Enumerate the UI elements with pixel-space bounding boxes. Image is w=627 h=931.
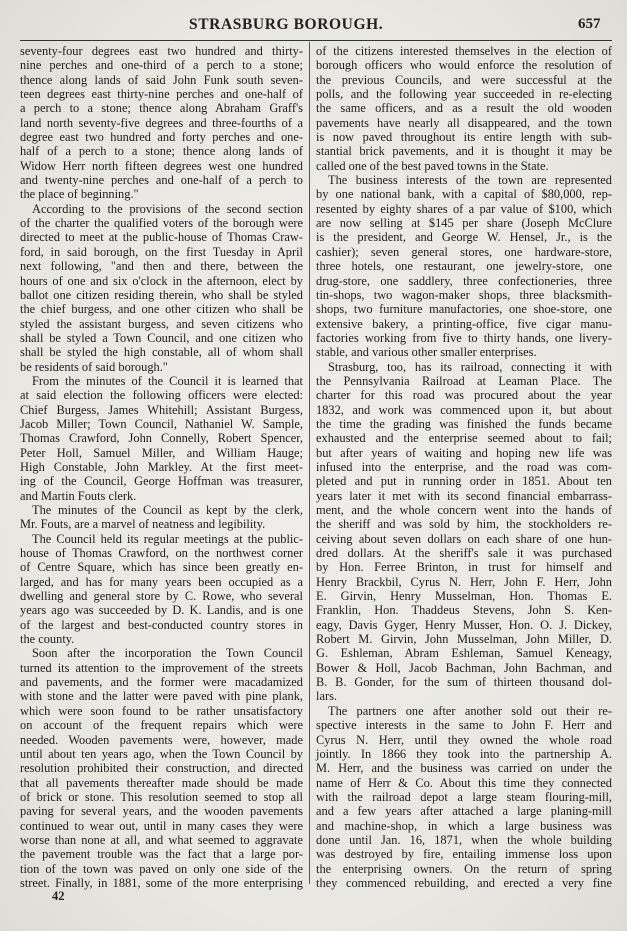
text-line: Strasburg, too, has its railroad, connec… [316, 360, 612, 374]
text-line: From the minutes of the Council it is le… [20, 374, 303, 388]
text-line: and a few years after attached a large p… [316, 804, 612, 818]
text-line: the enterprising owners. On the return o… [316, 862, 612, 876]
text-line: the same officers, and as a result the o… [316, 101, 612, 115]
text-line: and twenty-nine perches and one-half of … [20, 173, 303, 187]
text-line: but after years of waiting and hoping ne… [316, 446, 612, 460]
text-line: The partners one after another sold out … [316, 704, 612, 718]
text-line: stantial brick pavements, and it is thou… [316, 144, 612, 158]
running-title: STRASBURG BOROUGH. [189, 16, 383, 34]
text-line: jointly. In 1866 they took into the part… [316, 747, 612, 761]
text-line: of the citizens interested themselves in… [316, 44, 612, 58]
text-line: name of Herr & Co. About this time they … [316, 776, 612, 790]
text-line: E. Girvin, Henry Musselman, Hon. Thomas … [316, 589, 612, 603]
text-line: ing of the Council, George Hoffman was t… [20, 474, 303, 488]
text-line: resolution prohibited their construction… [20, 761, 303, 775]
text-line: half of a perch to a stone; thence along… [20, 144, 303, 158]
text-line: The business interests of the town are r… [316, 173, 612, 187]
text-line: called one of the best paved towns in th… [316, 159, 612, 173]
text-line: nine perches and one-third of a perch to… [20, 58, 303, 72]
text-line: turned its attention to the improvement … [20, 661, 303, 675]
text-line: High Constable, John Markley. At the fir… [20, 460, 303, 474]
text-line: degree east two hundred and forty perche… [20, 130, 303, 144]
running-head: STRASBURG BOROUGH. 657 [0, 16, 627, 36]
column-divider [309, 42, 310, 884]
text-line: of Centre Square, which has since been g… [20, 560, 303, 574]
text-line: until about ten years ago, when the Town… [20, 747, 303, 761]
text-line: According to the provisions of the secon… [20, 202, 303, 216]
text-line: spective interests in the same to John F… [316, 718, 612, 732]
text-line: at said election the following officers … [20, 388, 303, 402]
text-line: cashier); seven general stores, one hard… [316, 245, 612, 259]
text-line: G. Eshleman, Abram Eshleman, Samuel Kene… [316, 646, 612, 660]
text-line: years later it met with its second finan… [316, 489, 612, 503]
page-number: 657 [578, 16, 601, 33]
text-line: are now selling at $145 per share (Josep… [316, 216, 612, 230]
text-line: was destroyed by fire, entailing immense… [316, 847, 612, 861]
text-line: Jacob Miller; Town Council, Nathaniel W.… [20, 417, 303, 431]
text-line: Soon after the incorporation the Town Co… [20, 646, 303, 660]
text-line: of the largest and best-conducted countr… [20, 618, 303, 632]
text-line: directed to meet at the public-house of … [20, 230, 303, 244]
left-column: seventy-four degrees east two hundred an… [20, 44, 303, 890]
text-line: which were soon found to be rather unsat… [20, 704, 303, 718]
text-line: eagy, Davis Gyger, Henry Musser, Hon. O.… [316, 618, 612, 632]
text-line: M. Herr, and the business was carried on… [316, 761, 612, 775]
text-line: with stone and the latter were paved wit… [20, 689, 303, 703]
text-line: the time the grading was finished the fu… [316, 417, 612, 431]
right-column: of the citizens interested themselves in… [316, 44, 612, 890]
text-line: needed. Wooden pavements were, however, … [20, 733, 303, 747]
text-line: paving for several years, and the wooden… [20, 804, 303, 818]
text-line: and Martin Fouts clerk. [20, 489, 303, 503]
text-line: The Council held its regular meetings at… [20, 532, 303, 546]
text-line: Cyrus N. Herr, until they owned the whol… [316, 733, 612, 747]
text-line: the Pennsylvania Railroad at Leaman Plac… [316, 374, 612, 388]
text-line: next following, "and then and there, bet… [20, 259, 303, 273]
text-line: B. B. Gonder, for the sum of thirteen th… [316, 675, 612, 689]
text-line: Henry Brackbil, Cyrus N. Herr, John F. H… [316, 575, 612, 589]
text-line: ballot one citizen residing therein, who… [20, 288, 303, 302]
text-line: shall be styled the high constable, all … [20, 345, 303, 359]
text-line: done until Jan. 16, 1871, when the whole… [316, 833, 612, 847]
text-line: Bower & Holl, Jacob Bachman, John Bachma… [316, 661, 612, 675]
text-line: pavements have nearly all disappeared, a… [316, 116, 612, 130]
text-line: house of Thomas Crawford, on the northwe… [20, 546, 303, 560]
text-line: drug-store, one saddlery, three confecti… [316, 274, 612, 288]
text-line: extensive bakery, a printing-office, fiv… [316, 317, 612, 331]
text-line: the previous Councils, and were successf… [316, 73, 612, 87]
text-line: tin-shops, two wagon-maker shops, three … [316, 288, 612, 302]
text-line: thence along lands of said John Funk sou… [20, 73, 303, 87]
text-line: styled the assistant burgess, and seven … [20, 317, 303, 331]
text-line: years ago was succeeded by D. K. Landis,… [20, 603, 303, 617]
text-line: tion of the town was paved on only one s… [20, 862, 303, 876]
text-line: ford, in said borough, on the first Tues… [20, 245, 303, 259]
text-line: land north seventy-five degrees and thre… [20, 116, 303, 130]
text-line: ment, and the whole concern went into th… [316, 503, 612, 517]
text-line: that all pavements thereafter made shoul… [20, 776, 303, 790]
text-line: shops, two furniture manufactories, one … [316, 302, 612, 316]
text-line: seventy-four degrees east two hundred an… [20, 44, 303, 58]
signature-mark: 42 [52, 889, 65, 904]
text-line: three hotels, one restaurant, one jewelr… [316, 259, 612, 273]
text-line: shall be styled a Town Council, and one … [20, 331, 303, 345]
text-line: is the president, and George W. Hensel, … [316, 230, 612, 244]
text-line: with the railroad depot a large steam fl… [316, 790, 612, 804]
text-line: infused into the enterprise, and the roa… [316, 460, 612, 474]
text-line: is now paved throughout its entire lengt… [316, 130, 612, 144]
text-line: factories working from five to thirty ha… [316, 331, 612, 345]
text-line: the county. [20, 632, 303, 646]
text-line: exhausted and the enterprise seemed abou… [316, 431, 612, 445]
text-line: pleted and put in running order in 1851.… [316, 474, 612, 488]
text-line: Mr. Fouts, are a marvel of neatness and … [20, 517, 303, 531]
text-line: the sheriff and was sold by him, the sto… [316, 517, 612, 531]
text-line: worse than none at all, and what seemed … [20, 833, 303, 847]
text-line: of the charter the qualified voters of t… [20, 216, 303, 230]
text-line: hours of one and six o'clock in the afte… [20, 274, 303, 288]
text-line: teen degrees east thirty-nine perches an… [20, 87, 303, 101]
text-line: by Hon. Ferree Brinton, in trust for him… [316, 560, 612, 574]
text-line: on account of the frequent repairs which… [20, 718, 303, 732]
text-line: and pavements, and the former were macad… [20, 675, 303, 689]
header-rule [20, 40, 612, 41]
text-line: be residents of said borough." [20, 360, 303, 374]
text-line: Peter Holl, Samuel Miller, and William H… [20, 446, 303, 460]
text-line: lars. [316, 689, 612, 703]
scanned-book-page: STRASBURG BOROUGH. 657 seventy-four degr… [0, 0, 627, 931]
text-line: by one national bank, with a capital of … [316, 187, 612, 201]
text-line: larged, and has for many years been occu… [20, 575, 303, 589]
text-line: dred dollars. At the sheriff's sale it w… [316, 546, 612, 560]
text-line: the chief burgess, and one other citizen… [20, 302, 303, 316]
text-line: The minutes of the Council as kept by th… [20, 503, 303, 517]
text-line: ceiving about seven dollars on each shar… [316, 532, 612, 546]
text-line: borough officers who would enforce the r… [316, 58, 612, 72]
text-line: stable, and various other smaller enterp… [316, 345, 612, 359]
text-line: charter for this road was procured about… [316, 388, 612, 402]
text-line: continued to wear out, until in many cas… [20, 819, 303, 833]
text-line: the place of beginning." [20, 187, 303, 201]
text-line: and machine-shop, in which a large busin… [316, 819, 612, 833]
text-line: polls, and the following year succeeded … [316, 87, 612, 101]
text-line: resented by eighty shares of a par value… [316, 202, 612, 216]
text-line: 1832, and work was commenced upon it, bu… [316, 403, 612, 417]
text-line: Thomas Crawford, John Connelly, Robert S… [20, 431, 303, 445]
text-line: dwelling and general store by C. Rowe, w… [20, 589, 303, 603]
text-line: the pavement trouble was the fact that a… [20, 847, 303, 861]
text-line: of brick or stone. This resolution seeme… [20, 790, 303, 804]
text-line: a perch to a stone; thence along Abraham… [20, 101, 303, 115]
text-line: Robert M. Girvin, John Musselman, John M… [316, 632, 612, 646]
text-line: Widow Herr north fifteen degrees west on… [20, 159, 303, 173]
text-line: they commenced rebuilding, and erected a… [316, 876, 612, 890]
text-line: Chief Burgess, James Whitehill; Assistan… [20, 403, 303, 417]
text-line: Franklin, Hon. Thaddeus Stevens, John S.… [316, 603, 612, 617]
